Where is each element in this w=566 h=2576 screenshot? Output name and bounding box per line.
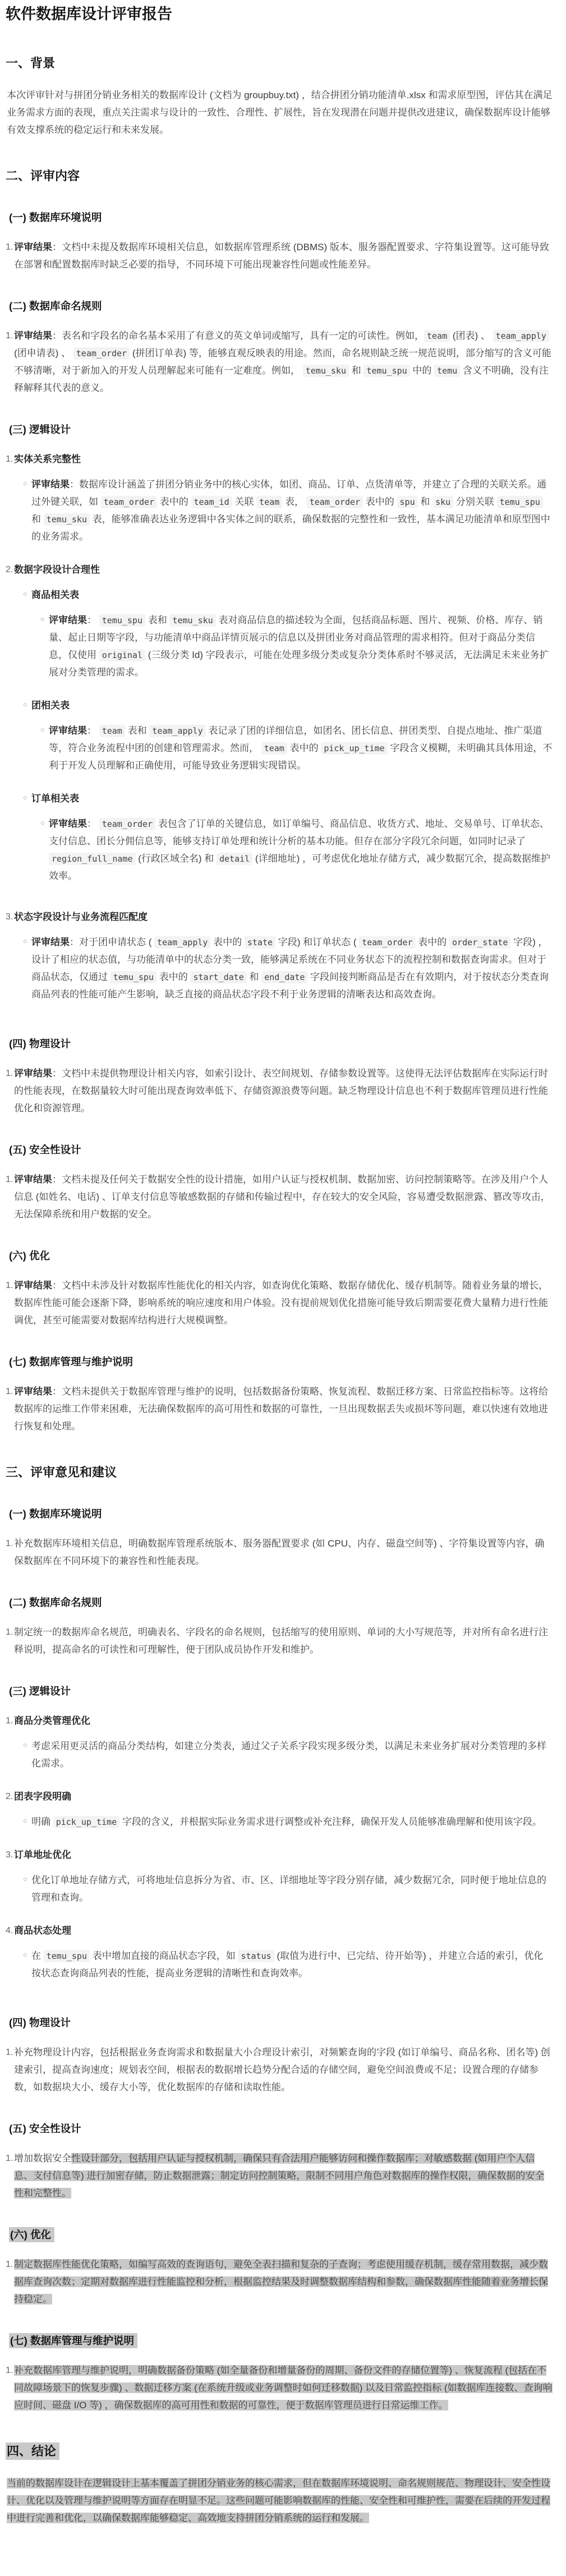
text-run: ：文档中未提供物理设计相关内容，如索引设计、表空间规划、存储参数设置等。这使得无…	[14, 1068, 548, 1114]
text-run: (行政区域全名) 和	[136, 853, 217, 864]
subsection-heading: (二) 数据库命名规则	[9, 1595, 553, 1610]
text-run: 和	[349, 365, 363, 376]
ordered-list: 1.商品分类管理优化○考虑采用更灵活的商品分类结构，如建立分类表，通过父子关系字…	[6, 1712, 553, 1990]
text-run: 字段) 和订单状态 (	[275, 937, 359, 947]
list-item: ○评审结果： team_order 表包含了订单的关键信息，如订单编号、商品信息…	[40, 815, 553, 885]
subsection-heading: (七) 数据库管理与维护说明	[9, 1355, 553, 1369]
inline-code: temu_spu	[111, 971, 157, 983]
list-item-content: 评审结果： team_order 表包含了订单的关键信息，如订单编号、商品信息、…	[49, 815, 553, 885]
heading-text: (四) 物理设计	[9, 1038, 71, 1050]
text-run: 明确	[31, 1816, 53, 1827]
bullet-list: ○评审结果：数据库设计涵盖了拼团分销业务中的核心实体，如团、商品、订单、点货清单…	[23, 476, 553, 545]
heading-text: (六) 优化	[9, 1250, 50, 1262]
list-item-content: 评审结果：文档未提及任何关于数据安全性的设计措施，如用户认证与授权机制、数据加密…	[14, 1171, 553, 1223]
text-run: ：文档中未提及数据库环境相关信息，如数据库管理系统 (DBMS) 版本、服务器配…	[14, 242, 549, 270]
inline-code: spu	[397, 496, 418, 508]
heading-text: 三、评审意见和建议	[6, 1465, 117, 1479]
inline-code: team	[256, 496, 282, 508]
list-item-content: 评审结果：文档未提供关于数据库管理与维护的说明，包括数据备份策略、恢复流程、数据…	[14, 1383, 553, 1435]
text-run: 表，能够准确表达业务逻辑中各实体之间的联系，确保数据的完整性和一致性，基本满足功…	[31, 514, 550, 542]
list-item: 1.制定数据库性能优化策略，如编写高效的查询语句，避免全表扫描和复杂的子查询；考…	[6, 2256, 553, 2308]
highlighted-heading-text: (六) 优化	[9, 2227, 54, 2242]
ordered-list: 1.增加数据安全性设计部分，包括用户认证与授权机制，确保只有合法用户能够访问和操…	[6, 2150, 553, 2202]
list-number: 1.	[6, 1065, 14, 1117]
text-run: ：表名和字段名的命名基本采用了有意义的英文单词或缩写，具有一定的可读性。例如，	[52, 330, 424, 341]
list-item-content: 评审结果：文档中未涉及针对数据库性能优化的相关内容，如查询优化策略、数据存储优化…	[14, 1277, 553, 1329]
text-run: 补充数据库环境相关信息，明确数据库管理系统版本、服务器配置要求 (如 CPU、内…	[14, 1538, 544, 1566]
subsection-heading: (五) 安全性设计	[9, 1143, 553, 1157]
text-run: 分别关联	[453, 496, 496, 507]
text-run: 评审结果	[49, 725, 87, 736]
section-heading: 二、评审内容	[6, 168, 553, 185]
list-number: 1.	[6, 2150, 14, 2202]
text-run: 数据字段设计合理性	[14, 564, 100, 575]
text-run: 商品状态处理	[14, 1925, 71, 1936]
list-item: 1.评审结果：文档未提供关于数据库管理与维护的说明，包括数据备份策略、恢复流程、…	[6, 1383, 553, 1435]
inline-code: pick_up_time	[53, 1816, 119, 1828]
list-item-content: 商品分类管理优化○考虑采用更灵活的商品分类结构，如建立分类表，通过父子关系字段实…	[14, 1712, 553, 1780]
text-run: 和	[418, 496, 432, 507]
text-run: ：	[87, 615, 99, 625]
bullet-icon: ○	[23, 586, 31, 688]
text-run: 表和	[145, 615, 169, 625]
text-run: 和	[247, 972, 261, 982]
list-item: ○评审结果：数据库设计涵盖了拼团分销业务中的核心实体，如团、商品、订单、点货清单…	[23, 476, 553, 545]
text-run: 表和	[125, 725, 149, 736]
list-item-content: 评审结果： team 表和 team_apply 表记录了团的详细信息，如团名、…	[49, 722, 553, 774]
inline-code: original	[99, 649, 145, 661]
text-run: 表中的	[210, 937, 244, 947]
inline-code: team	[99, 725, 125, 737]
list-item-content: 实体关系完整性○评审结果：数据库设计涵盖了拼团分销业务中的核心实体，如团、商品、…	[14, 450, 553, 553]
text-run: 表，	[282, 496, 306, 507]
list-item-content: 评审结果： temu_spu 表和 temu_sku 表对商品信息的描述较为全面…	[49, 611, 553, 681]
inline-code: temu_spu	[363, 365, 409, 377]
bullet-list: ○评审结果： temu_spu 表和 temu_sku 表对商品信息的描述较为全…	[40, 611, 553, 681]
highlighted-heading-text: 四、结论	[6, 2442, 59, 2460]
bullet-list: ○在 temu_spu 表中增加直接的商品状态字段，如 status (取值为进…	[23, 1947, 553, 1982]
text-run: 考虑采用更灵活的商品分类结构，如建立分类表，通过父子关系字段实现多级分类，以满足…	[31, 1741, 546, 1769]
bullet-icon: ○	[23, 1947, 31, 1981]
bullet-icon: ○	[23, 696, 31, 781]
ordered-list: 1.补充数据库环境相关信息，明确数据库管理系统版本、服务器配置要求 (如 CPU…	[6, 1535, 553, 1570]
inline-code: state	[245, 936, 275, 949]
list-number: 1.	[6, 1171, 14, 1223]
text-run: 关联	[232, 496, 256, 507]
heading-text: 软件数据库设计评审报告	[6, 6, 172, 22]
list-number: 1.	[6, 1383, 14, 1435]
text-run: 评审结果	[14, 242, 52, 252]
ordered-list: 1.评审结果：文档中未提供物理设计相关内容，如索引设计、表空间规划、存储参数设置…	[6, 1065, 553, 1117]
inline-code: temu_spu	[44, 1950, 90, 1962]
list-item: 1.补充物理设计内容，包括根据业务查询需求和数据量大小合理设计索引，对频繁查询的…	[6, 2044, 553, 2096]
bullet-icon: ○	[23, 933, 31, 1002]
ordered-list: 1.评审结果：文档中未涉及针对数据库性能优化的相关内容，如查询优化策略、数据存储…	[6, 1277, 553, 1329]
inline-code: order_state	[449, 936, 510, 949]
list-item-content: 团相关表○评审结果： team 表和 team_apply 表记录了团的详细信息…	[31, 697, 553, 782]
inline-code: team_id	[191, 496, 232, 508]
list-item-content: 订单地址优化○优化订单地址存储方式，可将地址信息拆分为省、市、区、详细地址等字段…	[14, 1846, 553, 1914]
list-item: 1.实体关系完整性○评审结果：数据库设计涵盖了拼团分销业务中的核心实体，如团、商…	[6, 450, 553, 553]
list-item-content: 增加数据安全性设计部分，包括用户认证与授权机制，确保只有合法用户能够访问和操作数…	[14, 2150, 553, 2202]
list-number: 3.	[6, 908, 14, 1011]
text-run: 优化订单地址存储方式，可将地址信息拆分为省、市、区、详细地址等字段分别存储，减少…	[31, 1875, 546, 1903]
ordered-list: 1.制定统一的数据库命名规范，明确表名、字段名的命名规则，包括缩写的使用原则、单…	[6, 1623, 553, 1658]
inline-code: temu_spu	[99, 614, 145, 627]
bullet-icon: ○	[23, 1813, 31, 1830]
text-run: ：文档未提及任何关于数据安全性的设计措施，如用户认证与授权机制、数据加密、访问控…	[14, 1174, 550, 1220]
list-item: 1.评审结果：文档未提及任何关于数据安全性的设计措施，如用户认证与授权机制、数据…	[6, 1171, 553, 1223]
text-run: 表中的	[416, 937, 449, 947]
list-item-content: 优化订单地址存储方式，可将地址信息拆分为省、市、区、详细地址等字段分别存储，减少…	[31, 1871, 553, 1906]
inline-code: temu_sku	[169, 614, 215, 627]
list-item: ○评审结果： temu_spu 表和 temu_sku 表对商品信息的描述较为全…	[40, 611, 553, 681]
inline-code: team_apply	[154, 936, 210, 949]
text-run: 表中增加直接的商品状态字段，如	[90, 1951, 238, 1961]
list-item: 1.评审结果：文档中未涉及针对数据库性能优化的相关内容，如查询优化策略、数据存储…	[6, 1277, 553, 1329]
ordered-list: 1.评审结果：表名和字段名的命名基本采用了有意义的英文单词或缩写，具有一定的可读…	[6, 327, 553, 397]
list-number: 1.	[6, 238, 14, 273]
bullet-icon: ○	[40, 815, 49, 884]
text-run: 增加数据安全	[14, 2153, 71, 2164]
list-item-content: 商品状态处理○在 temu_spu 表中增加直接的商品状态字段，如 status…	[14, 1922, 553, 1990]
bullet-list: ○明确 pick_up_time 字段的含义，并根据实际业务需求进行调整或补充注…	[23, 1813, 553, 1830]
list-item: ○考虑采用更灵活的商品分类结构，如建立分类表，通过父子关系字段实现多级分类，以满…	[23, 1737, 553, 1772]
inline-code: status	[238, 1950, 274, 1962]
list-item-content: 订单相关表○评审结果： team_order 表包含了订单的关键信息，如订单编号…	[31, 790, 553, 893]
list-item: ○评审结果： team 表和 team_apply 表记录了团的详细信息，如团名…	[40, 722, 553, 774]
list-item: ○明确 pick_up_time 字段的含义，并根据实际业务需求进行调整或补充注…	[23, 1813, 553, 1830]
subsection-heading: (四) 物理设计	[9, 2016, 553, 2030]
list-item-content: 评审结果：文档中未提及数据库环境相关信息，如数据库管理系统 (DBMS) 版本、…	[14, 238, 553, 273]
list-number: 1.	[6, 2044, 14, 2096]
heading-text: (七) 数据库管理与维护说明	[9, 1356, 133, 1368]
heading-text: 一、背景	[6, 56, 55, 70]
bullet-list: ○评审结果： team 表和 team_apply 表记录了团的详细信息，如团名…	[40, 722, 553, 774]
text-run: 评审结果	[49, 818, 87, 829]
text-run: (团申请表) 、	[14, 348, 73, 358]
list-item-content: 明确 pick_up_time 字段的含义，并根据实际业务需求进行调整或补充注释…	[31, 1813, 553, 1830]
list-item: 2.团表字段明确○明确 pick_up_time 字段的含义，并根据实际业务需求…	[6, 1788, 553, 1838]
bullet-list: ○商品相关表○评审结果： temu_spu 表和 temu_sku 表对商品信息…	[23, 586, 553, 893]
list-item: 1.补充数据库环境相关信息，明确数据库管理系统版本、服务器配置要求 (如 CPU…	[6, 1535, 553, 1570]
inline-code: team_order	[99, 818, 155, 830]
inline-code: detail	[217, 853, 252, 865]
text-run: 实体关系完整性	[14, 454, 81, 464]
text-run: 团相关表	[31, 700, 70, 711]
bullet-list: ○考虑采用更灵活的商品分类结构，如建立分类表，通过父子关系字段实现多级分类，以满…	[23, 1737, 553, 1772]
subsection-heading: (二) 数据库命名规则	[9, 299, 553, 314]
inline-code: team_order	[101, 496, 157, 508]
heading-text: (五) 安全性设计	[9, 1144, 81, 1156]
subsection-heading: (一) 数据库环境说明	[9, 210, 553, 225]
list-item: 1.评审结果：文档中未提及数据库环境相关信息，如数据库管理系统 (DBMS) 版…	[6, 238, 553, 273]
list-item-content: 补充数据库环境相关信息，明确数据库管理系统版本、服务器配置要求 (如 CPU、内…	[14, 1535, 553, 1570]
list-number: 3.	[6, 1846, 14, 1914]
text-run: 状态字段设计与业务流程匹配度	[14, 912, 148, 922]
list-number: 1.	[6, 1712, 14, 1780]
highlighted-text-run: 性设计部分，包括用户认证与授权机制，确保只有合法用户能够访问和操作数据库；对敏感…	[14, 2153, 544, 2198]
text-run: 评审结果	[31, 479, 70, 490]
subsection-heading: (六) 优化	[9, 2228, 553, 2242]
highlighted-text-run: 当前的数据库设计在逻辑设计上基本覆盖了拼团分销业务的核心需求，但在数据库环境说明…	[7, 2478, 550, 2523]
heading-text: (四) 物理设计	[9, 2017, 71, 2028]
text-run: 本次评审针对与拼团分销业务相关的数据库设计 (文档为 groupbuy.txt)…	[7, 90, 553, 135]
heading-text: (三) 逻辑设计	[9, 1685, 71, 1697]
document-body: 软件数据库设计评审报告一、背景本次评审针对与拼团分销业务相关的数据库设计 (文档…	[0, 0, 566, 2576]
list-item: 1.制定统一的数据库命名规范，明确表名、字段名的命名规则，包括缩写的使用原则、单…	[6, 1623, 553, 1658]
list-item: 1.评审结果：表名和字段名的命名基本采用了有意义的英文单词或缩写，具有一定的可读…	[6, 327, 553, 397]
text-run: 商品相关表	[31, 590, 79, 600]
list-number: 1.	[6, 1535, 14, 1570]
text-run: 评审结果	[14, 1386, 52, 1397]
list-item: 1.评审结果：文档中未提供物理设计相关内容，如索引设计、表空间规划、存储参数设置…	[6, 1065, 553, 1117]
ordered-list: 1.补充数据库管理与维护说明，明确数据备份策略 (如全量备份和增量备份的周期、备…	[6, 2362, 553, 2414]
inline-code: team	[424, 330, 450, 342]
text-run: (团表) 、	[450, 330, 493, 341]
inline-code: team	[261, 742, 287, 755]
list-item: ○在 temu_spu 表中增加直接的商品状态字段，如 status (取值为进…	[23, 1947, 553, 1982]
inline-code: team_apply	[149, 725, 205, 737]
list-number: 1.	[6, 2256, 14, 2308]
list-item-content: 补充物理设计内容，包括根据业务查询需求和数据量大小合理设计索引，对频繁查询的字段…	[14, 2044, 553, 2096]
subsection-heading: (三) 逻辑设计	[9, 422, 553, 437]
text-run: 表中的	[287, 743, 321, 753]
list-item: 2.数据字段设计合理性○商品相关表○评审结果： temu_spu 表和 temu…	[6, 561, 553, 900]
inline-code: temu_sku	[303, 365, 349, 377]
text-run: 补充物理设计内容，包括根据业务查询需求和数据量大小合理设计索引，对频繁查询的字段…	[14, 2047, 550, 2092]
list-item-content: 制定数据库性能优化策略，如编写高效的查询语句，避免全表扫描和复杂的子查询；考虑使…	[14, 2256, 553, 2308]
section-heading: 三、评审意见和建议	[6, 1464, 553, 1481]
ordered-list: 1.评审结果：文档中未提及数据库环境相关信息，如数据库管理系统 (DBMS) 版…	[6, 238, 553, 273]
subsection-heading: (七) 数据库管理与维护说明	[9, 2334, 553, 2348]
bullet-icon: ○	[40, 721, 49, 774]
heading-text: (二) 数据库命名规则	[9, 1597, 102, 1608]
ordered-list: 1.实体关系完整性○评审结果：数据库设计涵盖了拼团分销业务中的核心实体，如团、商…	[6, 450, 553, 1011]
bullet-list: ○评审结果：对于团申请状态 ( team_apply 表中的 state 字段)…	[23, 933, 553, 1003]
section-heading: 一、背景	[6, 55, 553, 72]
text-run: 字段的含义，并根据实际业务需求进行调整或补充注释，确保开发人员能够准确理解和使用…	[119, 1816, 542, 1827]
list-number: 1.	[6, 327, 14, 397]
heading-text: (三) 逻辑设计	[9, 424, 71, 435]
heading-text: (一) 数据库环境说明	[9, 211, 102, 223]
page-title: 软件数据库设计评审报告	[6, 4, 553, 24]
list-item-content: 评审结果：数据库设计涵盖了拼团分销业务中的核心实体，如团、商品、订单、点货清单等…	[31, 476, 553, 545]
text-run: 表中的	[157, 972, 190, 982]
text-run: 和	[31, 514, 44, 525]
inline-code: end_date	[261, 971, 307, 983]
list-item: ○团相关表○评审结果： team 表和 team_apply 表记录了团的详细信…	[23, 697, 553, 782]
list-number: 1.	[6, 1277, 14, 1329]
heading-text: (五) 安全性设计	[9, 2123, 81, 2135]
bullet-icon: ○	[23, 1871, 31, 1906]
bullet-icon: ○	[40, 611, 49, 680]
list-item-content: 在 temu_spu 表中增加直接的商品状态字段，如 status (取值为进行…	[31, 1947, 553, 1982]
text-run: 评审结果	[14, 1174, 52, 1185]
list-item-content: 评审结果：表名和字段名的命名基本采用了有意义的英文单词或缩写，具有一定的可读性。…	[14, 327, 553, 397]
text-run: 团表字段明确	[14, 1791, 71, 1802]
text-run: ：文档未提供关于数据库管理与维护的说明，包括数据备份策略、恢复流程、数据迁移方案…	[14, 1386, 548, 1432]
text-run: ：对于团申请状态 (	[70, 937, 154, 947]
inline-code: temu	[434, 365, 460, 377]
highlighted-heading-text: (七) 数据库管理与维护说明	[9, 2333, 137, 2348]
list-item-content: 补充数据库管理与维护说明，明确数据备份策略 (如全量备份和增量备份的周期、备份文…	[14, 2362, 553, 2414]
ordered-list: 1.补充物理设计内容，包括根据业务查询需求和数据量大小合理设计索引，对频繁查询的…	[6, 2044, 553, 2096]
inline-code: region_full_name	[49, 853, 136, 865]
text-run: ：文档中未涉及针对数据库性能优化的相关内容，如查询优化策略、数据存储优化、缓存机…	[14, 1280, 548, 1326]
list-item: 1.补充数据库管理与维护说明，明确数据备份策略 (如全量备份和增量备份的周期、备…	[6, 2362, 553, 2414]
bullet-icon: ○	[23, 1737, 31, 1772]
paragraph: 本次评审针对与拼团分销业务相关的数据库设计 (文档为 groupbuy.txt)…	[7, 86, 553, 139]
ordered-list: 1.评审结果：文档未提及任何关于数据安全性的设计措施，如用户认证与授权机制、数据…	[6, 1171, 553, 1223]
list-number: 2.	[6, 1788, 14, 1838]
text-run: ：	[87, 818, 99, 829]
list-item: 4.商品状态处理○在 temu_spu 表中增加直接的商品状态字段，如 stat…	[6, 1922, 553, 1990]
text-run: 评审结果	[49, 615, 87, 625]
list-item: ○优化订单地址存储方式，可将地址信息拆分为省、市、区、详细地址等字段分别存储，减…	[23, 1871, 553, 1906]
bullet-icon: ○	[23, 789, 31, 892]
list-number: 2.	[6, 561, 14, 900]
list-item-content: 状态字段设计与业务流程匹配度○评审结果：对于团申请状态 ( team_apply…	[14, 908, 553, 1011]
list-number: 4.	[6, 1922, 14, 1990]
bullet-list: ○评审结果： team_order 表包含了订单的关键信息，如订单编号、商品信息…	[40, 815, 553, 885]
list-item-content: 团表字段明确○明确 pick_up_time 字段的含义，并根据实际业务需求进行…	[14, 1788, 553, 1838]
list-item: ○评审结果：对于团申请状态 ( team_apply 表中的 state 字段)…	[23, 933, 553, 1003]
highlighted-text-run: 补充数据库管理与维护说明，明确数据备份策略 (如全量备份和增量备份的周期、备份文…	[14, 2365, 553, 2411]
section-heading: 四、结论	[6, 2443, 553, 2460]
bullet-icon: ○	[23, 475, 31, 545]
list-item: ○订单相关表○评审结果： team_order 表包含了订单的关键信息，如订单编…	[23, 790, 553, 893]
list-item-content: 商品相关表○评审结果： temu_spu 表和 temu_sku 表对商品信息的…	[31, 586, 553, 689]
text-run: 表中的	[157, 496, 191, 507]
ordered-list: 1.评审结果：文档未提供关于数据库管理与维护的说明，包括数据备份策略、恢复流程、…	[6, 1383, 553, 1435]
text-run: 中的	[410, 365, 434, 376]
subsection-heading: (三) 逻辑设计	[9, 1684, 553, 1699]
subsection-heading: (四) 物理设计	[9, 1037, 553, 1051]
list-item: 1.商品分类管理优化○考虑采用更灵活的商品分类结构，如建立分类表，通过父子关系字…	[6, 1712, 553, 1780]
list-item: ○商品相关表○评审结果： temu_spu 表和 temu_sku 表对商品信息…	[23, 586, 553, 689]
list-item-content: 制定统一的数据库命名规范，明确表名、字段名的命名规则，包括缩写的使用原则、单词的…	[14, 1623, 553, 1658]
inline-code: team_apply	[493, 330, 549, 342]
list-item-content: 评审结果：对于团申请状态 ( team_apply 表中的 state 字段) …	[31, 933, 553, 1003]
list-item-content: 评审结果：文档中未提供物理设计相关内容，如索引设计、表空间规划、存储参数设置等。…	[14, 1065, 553, 1117]
bullet-list: ○优化订单地址存储方式，可将地址信息拆分为省、市、区、详细地址等字段分别存储，减…	[23, 1871, 553, 1906]
text-run: ：	[87, 725, 99, 736]
list-item-content: 考虑采用更灵活的商品分类结构，如建立分类表，通过父子关系字段实现多级分类，以满足…	[31, 1737, 553, 1772]
list-item: 3.状态字段设计与业务流程匹配度○评审结果：对于团申请状态 ( team_app…	[6, 908, 553, 1011]
text-run: 评审结果	[14, 1068, 52, 1079]
subsection-heading: (六) 优化	[9, 1249, 553, 1263]
text-run: 制定统一的数据库命名规范，明确表名、字段名的命名规则，包括缩写的使用原则、单词的…	[14, 1627, 548, 1655]
text-run: 订单地址优化	[14, 1850, 71, 1860]
text-run: 评审结果	[31, 937, 70, 947]
list-number: 1.	[6, 1623, 14, 1658]
list-item: 1.增加数据安全性设计部分，包括用户认证与授权机制，确保只有合法用户能够访问和操…	[6, 2150, 553, 2202]
subsection-heading: (五) 安全性设计	[9, 2122, 553, 2136]
ordered-list: 1.制定数据库性能优化策略，如编写高效的查询语句，避免全表扫描和复杂的子查询；考…	[6, 2256, 553, 2308]
inline-code: team_order	[73, 347, 130, 360]
inline-code: team_order	[359, 936, 415, 949]
list-item-content: 数据字段设计合理性○商品相关表○评审结果： temu_spu 表和 temu_s…	[14, 561, 553, 900]
text-run: 订单相关表	[31, 793, 79, 804]
heading-text: 二、评审内容	[6, 169, 80, 183]
subsection-heading: (一) 数据库环境说明	[9, 1507, 553, 1521]
highlighted-text-run: 制定数据库性能优化策略，如编写高效的查询语句，避免全表扫描和复杂的子查询；考虑使…	[14, 2259, 548, 2304]
list-number: 1.	[6, 2362, 14, 2414]
list-number: 1.	[6, 450, 14, 553]
text-run: 在	[31, 1951, 44, 1961]
inline-code: pick_up_time	[321, 742, 387, 755]
paragraph: 当前的数据库设计在逻辑设计上基本覆盖了拼团分销业务的核心需求，但在数据库环境说明…	[7, 2474, 553, 2527]
inline-code: team_order	[307, 496, 363, 508]
text-run: 表中的	[363, 496, 397, 507]
text-run: 评审结果	[14, 1280, 52, 1291]
inline-code: temu_sku	[44, 513, 90, 526]
text-run: 评审结果	[14, 330, 52, 341]
text-run: 商品分类管理优化	[14, 1715, 90, 1726]
list-item: 3.订单地址优化○优化订单地址存储方式，可将地址信息拆分为省、市、区、详细地址等…	[6, 1846, 553, 1914]
inline-code: sku	[432, 496, 453, 508]
heading-text: (二) 数据库命名规则	[9, 300, 102, 312]
inline-code: start_date	[190, 971, 246, 983]
heading-text: (一) 数据库环境说明	[9, 1508, 102, 1520]
inline-code: temu_spu	[497, 496, 543, 508]
